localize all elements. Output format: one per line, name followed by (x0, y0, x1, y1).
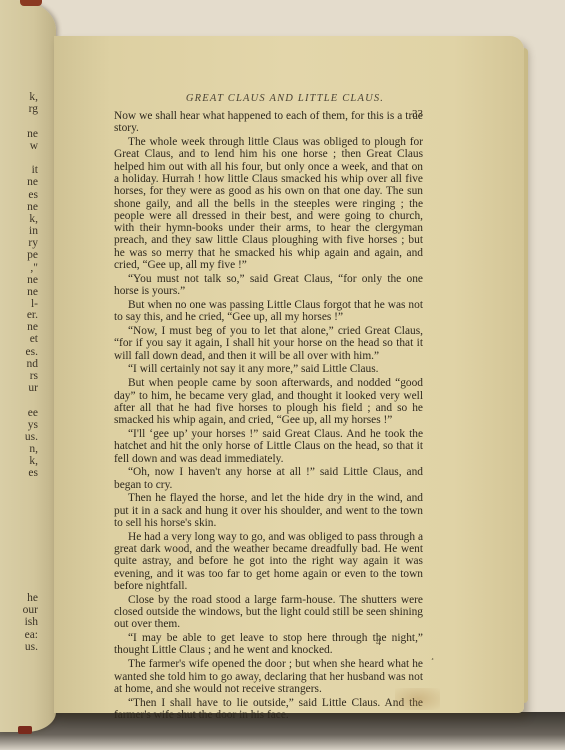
pencil-mark: 4 (376, 637, 381, 648)
paragraph: Close by the road stood a large farm-hou… (114, 594, 423, 631)
left-page-fragment: in (0, 225, 38, 237)
left-page-fragment: k, (0, 455, 38, 467)
left-page-fragment: es (0, 189, 38, 201)
left-page-fragment: k, (0, 213, 38, 225)
left-page-fragment: es. (0, 346, 38, 358)
left-page-fragment: ea: (0, 629, 38, 641)
left-page-fragment: et (0, 333, 38, 345)
paragraph: Then he flayed the horse, and let the hi… (114, 492, 423, 529)
pencil-mark: ¸ (431, 650, 434, 660)
left-page-text-fragments-bottom: heourishea:us. (0, 592, 38, 653)
paragraph: The whole week through little Claus was … (114, 136, 423, 271)
left-page-fragment: rg (0, 103, 38, 115)
paragraph: He had a very long way to go, and was ob… (114, 531, 423, 592)
left-page-fragment (0, 394, 38, 406)
paragraph: “I'll ‘gee up’ your horses !” said Great… (114, 428, 423, 465)
left-page-fragment: ish (0, 616, 38, 628)
paragraph: “You must not talk so,” said Great Claus… (114, 273, 423, 298)
left-page-text-fragments-middle: er.neetes.ndrsureeysus.n,k,es (0, 309, 38, 480)
left-page-fragment: ne (0, 321, 38, 333)
book-cover-edge-top (20, 0, 42, 6)
paragraph: “Oh, now I haven't any horse at all !” s… (114, 466, 423, 491)
left-page-fragment: he (0, 592, 38, 604)
left-page-fragment: ne (0, 128, 38, 140)
left-page-text-fragments-top: k,rgnewitneesnek,inrype,"nenel- (0, 91, 38, 310)
left-page-fragment: ys (0, 419, 38, 431)
left-page-fragment: ," (0, 262, 38, 274)
left-page-fragment: ne (0, 176, 38, 188)
left-page-fragment: nd (0, 358, 38, 370)
left-page-fragment: er. (0, 309, 38, 321)
left-page-fragment: it (0, 164, 38, 176)
paper-stain (395, 688, 440, 710)
paragraph: The farmer's wife opened the door ; but … (114, 658, 423, 695)
left-page-fragment: ne (0, 274, 38, 286)
paragraph: But when no one was passing Little Claus… (114, 299, 423, 324)
left-page-fragment: k, (0, 91, 38, 103)
left-page-fragment (0, 115, 38, 127)
paragraph: Now we shall hear what happened to each … (114, 110, 423, 135)
body-text: Now we shall hear what happened to each … (114, 110, 423, 721)
left-page: k,rgnewitneesnek,inrype,"nenel- er.neete… (0, 0, 56, 732)
left-page-fragment: ne (0, 201, 38, 213)
left-page-fragment: ur (0, 382, 38, 394)
paragraph: But when people came by soon afterwards,… (114, 377, 423, 426)
paragraph: “I will certainly not say it any more,” … (114, 363, 423, 375)
left-page-fragment: rs (0, 370, 38, 382)
left-page-fragment: us. (0, 641, 38, 653)
page-edge (524, 48, 528, 703)
left-page-fragment: pe (0, 249, 38, 261)
left-page-fragment: us. (0, 431, 38, 443)
left-page-fragment: ee (0, 407, 38, 419)
left-page-fragment: es (0, 467, 38, 479)
left-page-fragment: ne (0, 286, 38, 298)
left-page-fragment: our (0, 604, 38, 616)
left-page-fragment: ry (0, 237, 38, 249)
left-page-fragment: w (0, 140, 38, 152)
book-cover-edge-bottom (18, 726, 32, 734)
left-page-fragment (0, 152, 38, 164)
paragraph: “Then I shall have to lie outside,” said… (114, 697, 423, 722)
left-page-fragment: n, (0, 443, 38, 455)
running-head: GREAT CLAUS AND LITTLE CLAUS. (170, 93, 400, 104)
paragraph: “Now, I must beg of you to let that alon… (114, 325, 423, 362)
